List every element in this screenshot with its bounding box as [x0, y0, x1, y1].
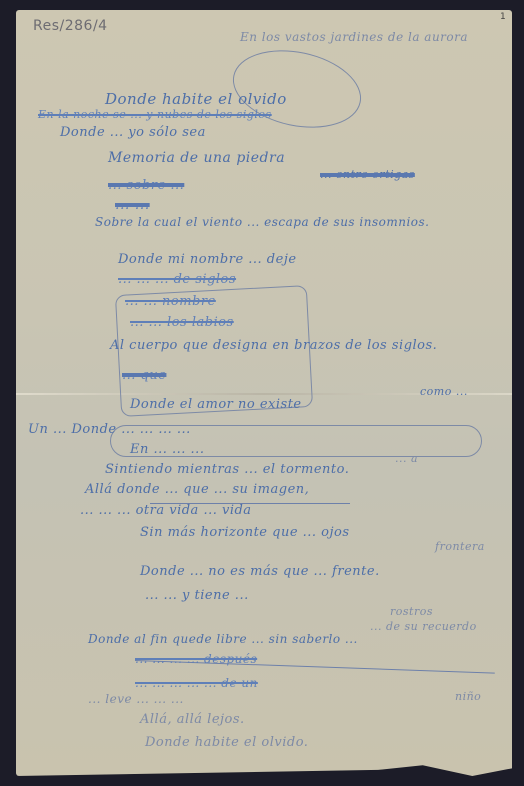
text-line: Allá donde ... que ... su imagen, [85, 482, 309, 497]
text-line-struck: ... ... ... de siglos [118, 272, 236, 287]
text-line: En ... ... ... [130, 442, 204, 457]
text-line: Donde mi nombre ... deje [118, 252, 297, 267]
archive-reference: Res/286/4 [33, 18, 108, 34]
text-line-closing: Donde habite el olvido. [145, 735, 308, 750]
text-line-insertion: frontera [435, 540, 485, 553]
text-line-struck: ... ... [115, 197, 150, 213]
text-line: ... ... y tiene ... [145, 588, 249, 603]
text-line: Un ... Donde ... ... ... ... [28, 422, 191, 437]
text-line: En los vastos jardines de la aurora [240, 30, 468, 44]
text-line-insertion: ... a [395, 452, 418, 465]
text-line-struck: ... que [122, 368, 166, 383]
text-line: Sobre la cual el viento ... escapa de su… [95, 215, 430, 229]
text-line-struck: ... ... los labios [130, 315, 234, 330]
text-line: ... ... ... otra vida ... vida [80, 503, 252, 518]
text-line: Memoria de una piedra [108, 150, 285, 166]
text-line: Donde ... yo sólo sea [60, 125, 206, 140]
text-line-heading: Donde habite el olvido [105, 90, 287, 108]
text-line-scribbled: ... entre ortigas [320, 168, 415, 181]
text-line: Allá, allá lejos. [140, 712, 245, 727]
text-line-boxed: Donde el amor no existe [130, 397, 302, 412]
text-line: Al cuerpo que designa en brazos de los s… [110, 338, 437, 353]
text-line: Sintiendo mientras ... el tormento. [105, 462, 349, 477]
text-line: Sin más horizonte que ... ojos [140, 525, 350, 540]
text-line-struck: En la noche se ... y nubes de los siglos [38, 108, 272, 121]
text-line: ... leve ... ... ... [88, 692, 184, 706]
text-line-struck: ... ... ... ... ... de un [135, 676, 258, 690]
text-line-struck: ... ... nombre [125, 294, 216, 309]
page-number: 1 [500, 12, 506, 22]
text-line-margin: como ... [420, 385, 468, 398]
text-line-margin: niño [455, 690, 481, 703]
text-line-insertion: rostros [390, 605, 433, 618]
text-line-insertion: ... de su recuerdo [370, 620, 477, 633]
text-line-struck: ... ... ... ... después [135, 652, 257, 666]
text-line: Donde al fin quede libre ... sin saberlo… [88, 632, 358, 646]
text-line-struck: ... sobre ... [108, 178, 184, 193]
text-line: Donde ... no es más que ... frente. [140, 564, 380, 579]
